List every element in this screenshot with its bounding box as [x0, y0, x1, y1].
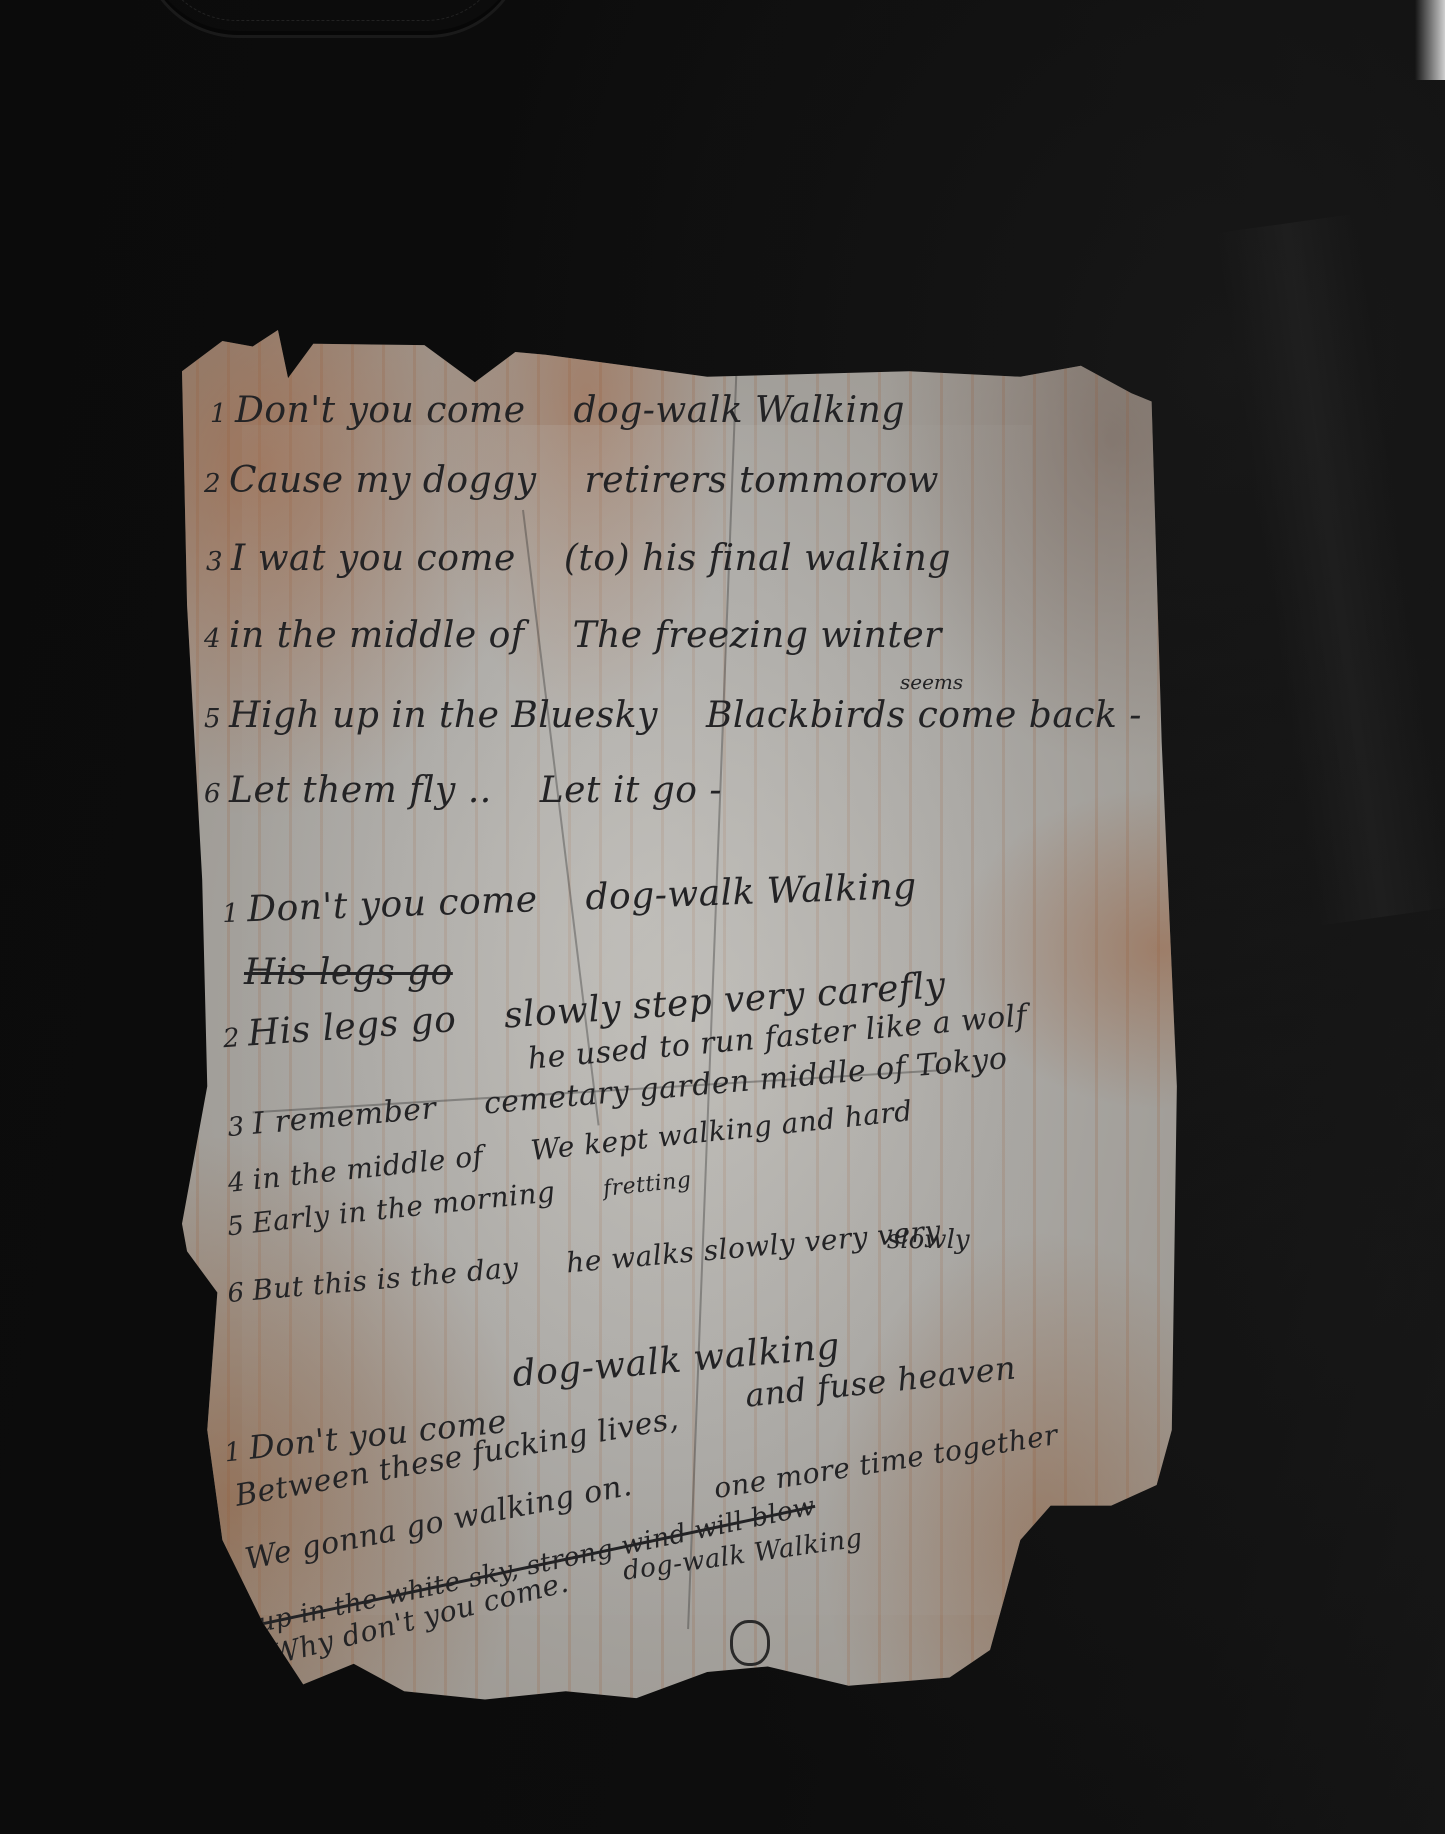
- inserted-word: seems: [900, 670, 963, 694]
- struck-lyric-line: His legs go: [244, 952, 453, 993]
- handwritten-lyrics: 1Don't you comedog-walk Walking 2Cause m…: [182, 330, 1192, 1705]
- lyric-line: 3I wat you come(to) his final walking: [206, 538, 951, 579]
- hanger-background: [1415, 0, 1445, 80]
- distressed-paper-print: 1Don't you comedog-walk Walking 2Cause m…: [182, 330, 1192, 1705]
- lyric-line: 6Let them fly ..Let it go -: [204, 770, 722, 811]
- lyric-line: 5High up in the BlueskyBlackbirds come b…: [204, 695, 1142, 736]
- lyric-line: one more time together: [712, 1418, 1061, 1505]
- lyric-line: 4in the middle ofThe freezing winter: [204, 615, 942, 656]
- lyric-line: 2Cause my doggyretirers tommorow: [204, 460, 939, 501]
- lyric-line: 1Don't you comedog-walk Walking: [221, 866, 917, 931]
- ink-circle-doodle: [730, 1620, 770, 1666]
- lyric-line: 1Don't you comedog-walk Walking: [210, 390, 905, 431]
- inserted-word: slowly: [887, 1225, 970, 1255]
